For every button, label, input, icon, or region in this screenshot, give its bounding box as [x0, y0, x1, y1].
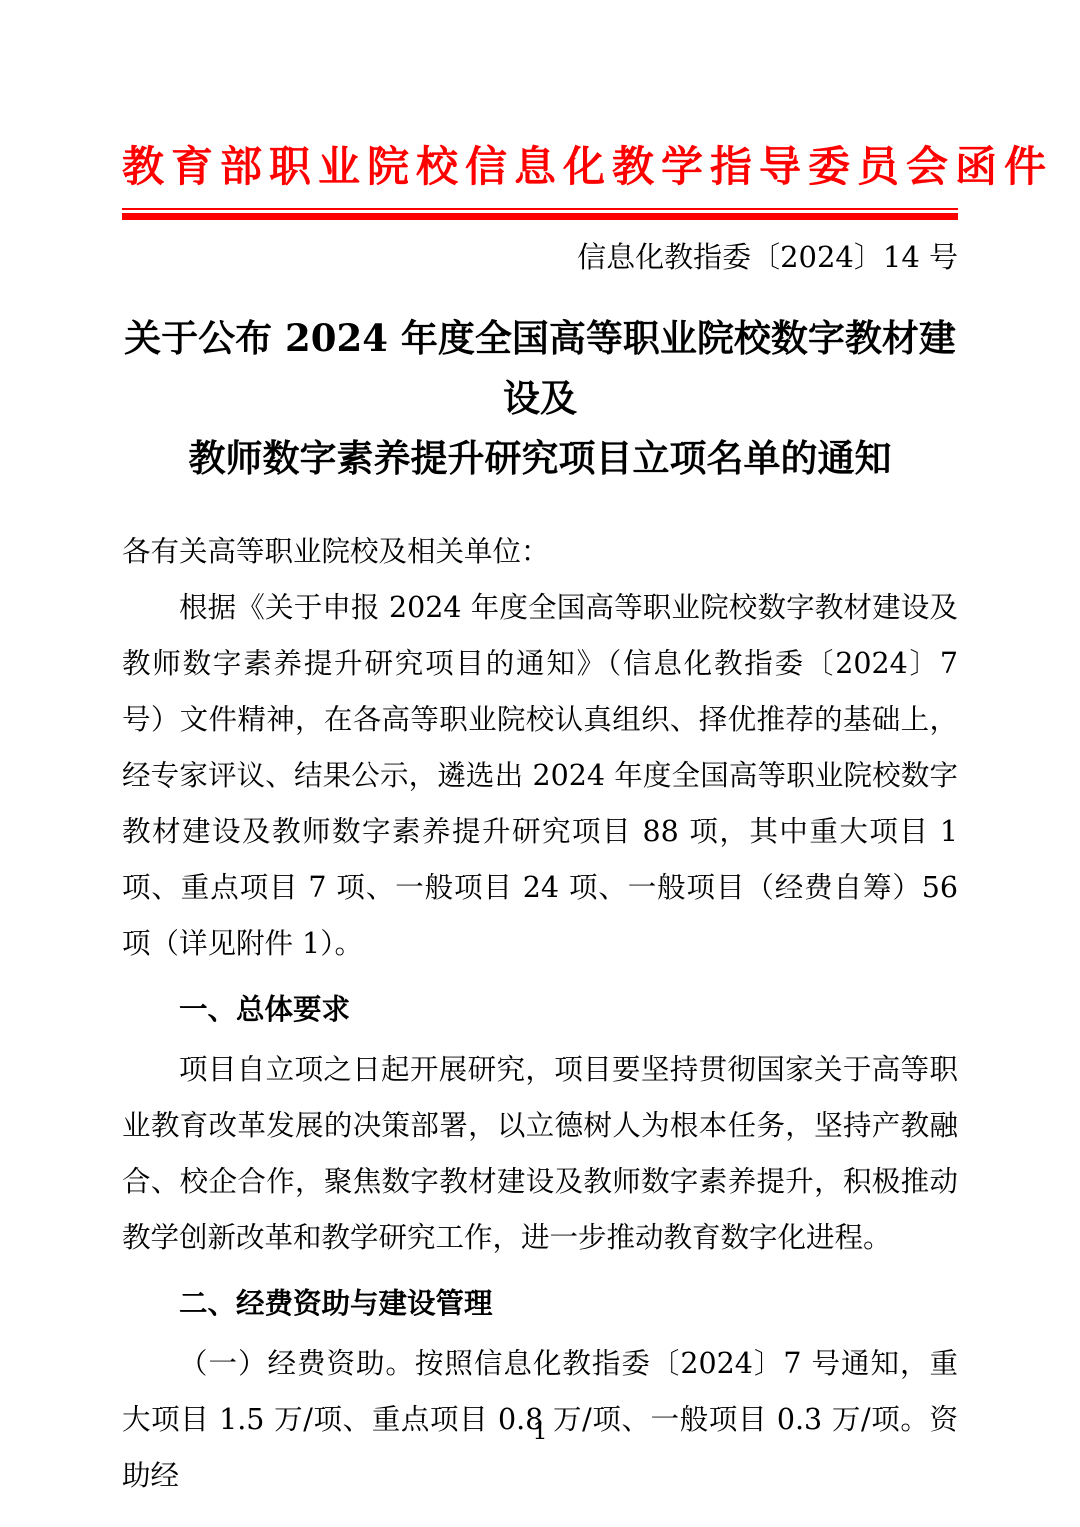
letterhead-rules: [122, 208, 958, 220]
document-title: 关于公布 2024 年度全国高等职业院校数字教材建设及 教师数字素养提升研究项目…: [122, 308, 958, 488]
section-1-heading: 一、总体要求: [122, 982, 958, 1038]
salutation: 各有关高等职业院校及相关单位：: [122, 524, 958, 580]
document-body: 各有关高等职业院校及相关单位： 根据《关于申报 2024 年度全国高等职业院校数…: [122, 524, 958, 1504]
letterhead-rule-thick: [122, 213, 958, 220]
page-number: 1: [0, 1417, 1080, 1445]
letterhead-org-title: 教育部职业院校信息化教学指导委员会函件: [122, 138, 958, 196]
document-title-line1: 关于公布 2024 年度全国高等职业院校数字教材建设及: [122, 308, 958, 428]
letterhead-rule-thin: [122, 208, 958, 210]
section-2-heading: 二、经费资助与建设管理: [122, 1276, 958, 1332]
intro-paragraph: 根据《关于申报 2024 年度全国高等职业院校数字教材建设及教师数字素养提升研究…: [122, 580, 958, 972]
document-number: 信息化教指委〔2024〕14 号: [122, 236, 958, 278]
letterhead: 教育部职业院校信息化教学指导委员会函件: [122, 0, 958, 220]
section-1-paragraph: 项目自立项之日起开展研究，项目要坚持贯彻国家关于高等职业教育改革发展的决策部署，…: [122, 1042, 958, 1266]
document-title-line2: 教师数字素养提升研究项目立项名单的通知: [122, 428, 958, 488]
document-page: 教育部职业院校信息化教学指导委员会函件 信息化教指委〔2024〕14 号 关于公…: [0, 0, 1080, 1527]
